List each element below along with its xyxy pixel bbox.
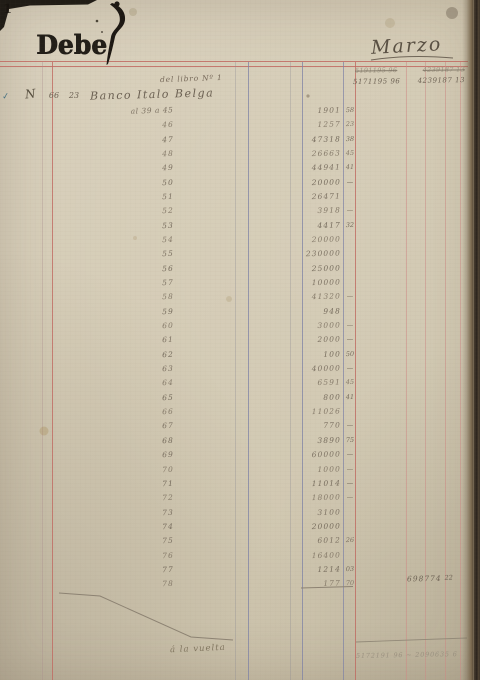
- ledger-row: 64659145: [0, 378, 470, 390]
- amount-pesos: 11026: [292, 407, 341, 417]
- ledger-row: 7111014—: [0, 479, 470, 491]
- month-heading: Marzo: [370, 33, 442, 59]
- folio-number: 57: [156, 278, 180, 288]
- ledger-row: 612000—: [0, 335, 470, 347]
- carryover-pencil-row: 5191195 96 4239187 13: [355, 65, 465, 74]
- amount-pesos: 230000: [292, 249, 341, 259]
- folio-number: 70: [156, 464, 180, 474]
- source-book-note: del libro Nº 1: [160, 73, 223, 84]
- folio-number: 54: [156, 235, 180, 245]
- folio-number: 59: [156, 306, 180, 316]
- amount-pesos: 40000: [292, 364, 341, 374]
- folio-number: 69: [156, 450, 180, 460]
- column-total: 698774 22: [407, 574, 453, 584]
- folio-number: 71: [156, 478, 180, 488]
- binding-highlight-streak: [473, 0, 474, 680]
- amount-cents: 45: [343, 149, 357, 157]
- amount-cents: 32: [343, 221, 357, 229]
- amount-cents: —: [343, 335, 357, 343]
- ledger-row: 75601226: [0, 536, 470, 548]
- folio-number: 49: [156, 163, 180, 173]
- amount-pesos: 800: [292, 392, 341, 402]
- margin-ref-a: 66: [46, 91, 62, 100]
- amount-pesos: 1214: [292, 564, 341, 574]
- amount-pesos: 3890: [292, 435, 341, 445]
- ledger-row: al 39 a 45190158: [0, 106, 470, 118]
- ledger-row: 68389075: [0, 436, 470, 448]
- amount-pesos: 10000: [292, 278, 341, 288]
- folio-number: 46: [156, 120, 180, 130]
- margin-flourish-mark: N: [24, 86, 36, 101]
- page-number: 1: [3, 2, 12, 17]
- amount-pesos: 3918: [292, 206, 341, 216]
- folio-number: 74: [156, 521, 180, 531]
- page-title-debe: Debe: [36, 29, 107, 59]
- folio-number: 51: [156, 192, 180, 202]
- folio-number: 47: [156, 134, 180, 144]
- carryover-ink-left: 5171195 96: [353, 77, 400, 86]
- ledger-row: 5841320—: [0, 292, 470, 304]
- amount-cents: 75: [343, 436, 357, 444]
- amount-pesos: 11014: [292, 478, 341, 488]
- folio-number: 73: [156, 507, 180, 517]
- amount-pesos: 4417: [292, 220, 341, 230]
- ledger-row: 5020000—: [0, 178, 470, 190]
- folio-number: 63: [156, 364, 180, 374]
- amount-pesos: 20000: [292, 521, 341, 531]
- folio-number: 66: [156, 407, 180, 417]
- foxing-spot: [385, 18, 395, 28]
- ledger-row: 6611026: [0, 407, 470, 419]
- ledger-row: 7616400: [0, 551, 470, 563]
- ledger-row: 474731838: [0, 135, 470, 147]
- ledger-row: 77121403: [0, 565, 470, 577]
- amount-cents: —: [343, 479, 357, 487]
- ledger-row: 5420000: [0, 235, 470, 247]
- ledger-row: 5126471: [0, 192, 470, 204]
- ledger-row: 6340000—: [0, 364, 470, 376]
- ink-flourish-dot: [114, 1, 119, 6]
- photo-edge-top-left: [0, 0, 97, 31]
- folio-number: 48: [156, 149, 180, 159]
- carryover-ink-row: 5171195 96 4239187 13: [353, 76, 465, 86]
- amount-pesos: 6591: [292, 378, 341, 388]
- carry-forward-note: á la vuelta: [170, 643, 226, 655]
- folio-number: 56: [156, 263, 180, 273]
- folio-number: 55: [156, 249, 180, 259]
- folio-number: 53: [156, 220, 180, 230]
- folio-number: 62: [156, 349, 180, 359]
- amount-pesos: 25000: [292, 263, 341, 273]
- amount-pesos: 26471: [292, 191, 341, 201]
- amount-pesos: 41320: [292, 292, 341, 302]
- ledger-row: 701000—: [0, 465, 470, 477]
- folio-number: 52: [156, 206, 180, 216]
- page-binding-edge: [462, 0, 480, 680]
- ledger-row: 59948: [0, 307, 470, 319]
- amount-pesos: 20000: [292, 177, 341, 187]
- amount-cents: 50: [343, 350, 357, 358]
- amount-pesos: 177: [292, 579, 341, 589]
- amount-pesos: 770: [292, 421, 341, 431]
- amount-pesos: 47318: [292, 134, 341, 144]
- header-rule-top: [0, 61, 468, 62]
- folio-number: 72: [156, 493, 180, 503]
- ledger-row: 603000—: [0, 321, 470, 333]
- folio-number: 61: [156, 335, 180, 345]
- amount-pesos: 948: [292, 306, 341, 316]
- amount-cents: —: [343, 364, 357, 372]
- folio-number: 76: [156, 550, 180, 560]
- ledger-row: 6580041: [0, 393, 470, 405]
- closing-zigzag-line: [59, 593, 233, 640]
- amount-cents: 45: [343, 378, 357, 386]
- ledger-row: 5710000: [0, 278, 470, 290]
- amount-pesos: 3000: [292, 321, 341, 331]
- amount-pesos: 100: [292, 349, 341, 359]
- ink-flourish: [107, 3, 126, 65]
- folio-number: 64: [156, 378, 180, 388]
- folio-number: 75: [156, 536, 180, 546]
- folio-number: 65: [156, 392, 180, 402]
- amount-cents: —: [343, 292, 357, 300]
- ledger-row: 7218000—: [0, 493, 470, 505]
- amount-pesos: 18000: [292, 493, 341, 503]
- ledger-row: 55230000: [0, 249, 470, 261]
- folio-number: al 39 a 45: [122, 105, 182, 116]
- carryover-pencil-left: 5191195 96: [355, 66, 397, 74]
- amount-cents: —: [343, 321, 357, 329]
- amount-cents: 03: [343, 565, 357, 573]
- amount-cents: 23: [343, 120, 357, 128]
- amount-cents: —: [343, 450, 357, 458]
- amount-cents: 41: [343, 163, 357, 171]
- amount-pesos: 6012: [292, 536, 341, 546]
- folio-number: 60: [156, 321, 180, 331]
- folio-number: 77: [156, 564, 180, 574]
- folio-number: 68: [156, 435, 180, 445]
- foxing-spot: [306, 94, 309, 97]
- folio-number: 78: [156, 579, 180, 589]
- account-name: Banco Italo Belga: [90, 86, 214, 102]
- amount-cents: —: [343, 464, 357, 472]
- amount-cents: —: [343, 493, 357, 501]
- corner-stain: [446, 7, 458, 19]
- folio-number: 50: [156, 177, 180, 187]
- ledger-row: 53441732: [0, 221, 470, 233]
- ink-speck: [96, 20, 99, 23]
- amount-cents: —: [343, 178, 357, 186]
- ledger-row: 523918—: [0, 206, 470, 218]
- footer-pencil-sum: 5172191 96 ~ 2090635 6: [356, 650, 458, 660]
- total-pesos: 698774: [407, 574, 442, 584]
- amount-cents: 58: [343, 106, 357, 114]
- folio-number: 67: [156, 421, 180, 431]
- folio-number: 58: [156, 292, 180, 302]
- ledger-row: 7420000: [0, 522, 470, 534]
- carryover-ink-right: 4239187 13: [418, 76, 465, 85]
- amount-pesos: 26663: [292, 148, 341, 158]
- amount-pesos: 16400: [292, 550, 341, 560]
- ledger-row: 7817770: [0, 579, 470, 591]
- ledger-row: 733100: [0, 508, 470, 520]
- audit-check-mark: ✓: [1, 92, 10, 103]
- amount-cents: —: [343, 421, 357, 429]
- amount-cents: 38: [343, 135, 357, 143]
- amount-pesos: 20000: [292, 234, 341, 244]
- carryover-pencil-right: 4239187 13: [423, 65, 465, 73]
- amount-pesos: 2000: [292, 335, 341, 345]
- amount-pesos: 1257: [292, 120, 341, 130]
- amount-pesos: 1000: [292, 464, 341, 474]
- margin-ref-b: 23: [66, 91, 82, 100]
- ledger-row: 494494141: [0, 163, 470, 175]
- ledger-row: 482666345: [0, 149, 470, 161]
- footer-total-rule: [356, 638, 467, 642]
- ink-smudge: [129, 8, 137, 16]
- amount-pesos: 1901: [292, 105, 341, 115]
- ledger-row: 46125723: [0, 120, 470, 132]
- ledger-row: 5625000: [0, 264, 470, 276]
- amount-cents: —: [343, 206, 357, 214]
- ledger-row: 67770—: [0, 421, 470, 433]
- amount-cents: 70: [343, 579, 357, 587]
- amount-cents: 41: [343, 393, 357, 401]
- amount-pesos: 44941: [292, 163, 341, 173]
- ledger-page: 1 Debe Marzo del libro Nº 1 5191195 96 4…: [0, 0, 480, 680]
- amount-pesos: 60000: [292, 450, 341, 460]
- ledger-row: 6210050: [0, 350, 470, 362]
- ledger-row: 6960000—: [0, 450, 470, 462]
- amount-cents: 26: [343, 536, 357, 544]
- total-cents: 22: [445, 574, 453, 583]
- amount-pesos: 3100: [292, 507, 341, 517]
